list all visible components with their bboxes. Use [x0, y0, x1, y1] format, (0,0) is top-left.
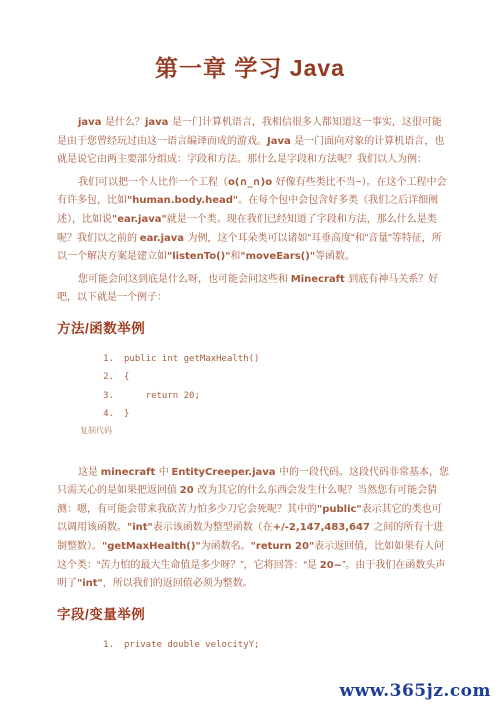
bold-text-run: "return 20" — [251, 541, 314, 552]
code-text: { — [124, 372, 129, 382]
code-text: private double velocityY; — [124, 640, 259, 650]
intro-paragraph-2: 我们可以把一个人比作一个工程（o(∩_∩)o 好像有些类比不当~）。在这个工程中… — [57, 174, 450, 267]
code-text: } — [124, 409, 129, 419]
text-run: ，所以我们的返回值必须为整数。 — [103, 578, 253, 589]
code-text: return 20; — [124, 391, 200, 401]
code-line: 2.{ — [102, 368, 450, 386]
bold-text-run: "ear.java" — [112, 214, 167, 225]
page-content: java 是什么？java 是一门计算机语言，我相信很多人都知道这一事实，这很可… — [57, 114, 450, 654]
bold-text-run: +/-2,147,483,647 — [273, 522, 374, 533]
bold-text-run: EntityCreeper.java — [172, 467, 279, 478]
bold-text-run: Minecraft — [291, 274, 349, 285]
text-run: 是什么？ — [105, 117, 145, 128]
bold-text-run: java — [145, 117, 172, 128]
bold-text-run: o(∩_∩)o — [228, 177, 276, 188]
code-line: 1.private double velocityY; — [102, 636, 450, 654]
bold-text-run: ear.java — [140, 233, 188, 244]
bold-text-run: Java — [267, 136, 294, 147]
code-line-number: 1. — [102, 350, 114, 368]
intro-paragraph-3: 您可能会问这到底是什么呀，也可能会问这些和 Minecraft 到底有神马关系？… — [57, 271, 450, 308]
bold-text-run: "public" — [317, 504, 362, 515]
code-line: 3. return 20; — [102, 387, 450, 405]
bold-text-run: "int" — [77, 578, 103, 589]
document-page: 第一章 学习 Java java 是什么？java 是一门计算机语言，我相信很多… — [0, 0, 500, 708]
bold-text-run: minecraft — [101, 467, 159, 478]
code-line-number: 1. — [102, 636, 114, 654]
bold-text-run: java — [78, 117, 105, 128]
bold-text-run: "moveEars()" — [240, 251, 315, 262]
bold-text-run: "human.body.head" — [127, 195, 238, 206]
text-run: 您可能会问这到底是什么呀，也可能会问这些和 — [78, 274, 291, 285]
chapter-title: 第一章 学习 Java — [0, 0, 500, 86]
text-run: 和 — [230, 251, 240, 262]
text-run: 为函数名。 — [201, 541, 251, 552]
section-heading-method-example: 方法/函数举例 — [57, 319, 450, 339]
bold-text-run: "int" — [127, 522, 153, 533]
text-run: 表示该函数为整型函数（在 — [153, 522, 273, 533]
text-run: 这是 — [78, 467, 101, 478]
code-line-number: 2. — [102, 368, 114, 386]
code-line: 4.} — [102, 405, 450, 423]
code-line: 1.public int getMaxHealth() — [102, 350, 450, 368]
code-block-field: 1.private double velocityY; — [102, 636, 450, 654]
code-line-number: 4. — [102, 405, 114, 423]
bold-text-run: 20~ — [320, 560, 342, 571]
site-watermark-link[interactable]: www.365jz.com — [340, 681, 492, 701]
explanation-paragraph: 这是 minecraft 中 EntityCreeper.java 中的一段代码… — [57, 464, 450, 594]
copy-code-link[interactable]: 复制代码 — [80, 425, 120, 437]
text-run: 等函数。 — [315, 251, 355, 262]
code-line-number: 3. — [102, 387, 114, 405]
intro-paragraph-1: java 是什么？java 是一门计算机语言，我相信很多人都知道这一事实，这很可… — [57, 114, 450, 170]
code-block-method: 1.public int getMaxHealth()2.{3. return … — [102, 350, 450, 424]
text-run: 中 — [159, 467, 172, 478]
bold-text-run: 20 — [180, 485, 197, 496]
code-text: public int getMaxHealth() — [124, 354, 259, 364]
text-run: 我们可以把一个人比作一个工程（ — [78, 177, 228, 188]
bold-text-run: "listenTo()" — [167, 251, 230, 262]
section-heading-field-example: 字段/变量举例 — [57, 605, 450, 625]
bold-text-run: "getMaxHealth()" — [102, 541, 201, 552]
